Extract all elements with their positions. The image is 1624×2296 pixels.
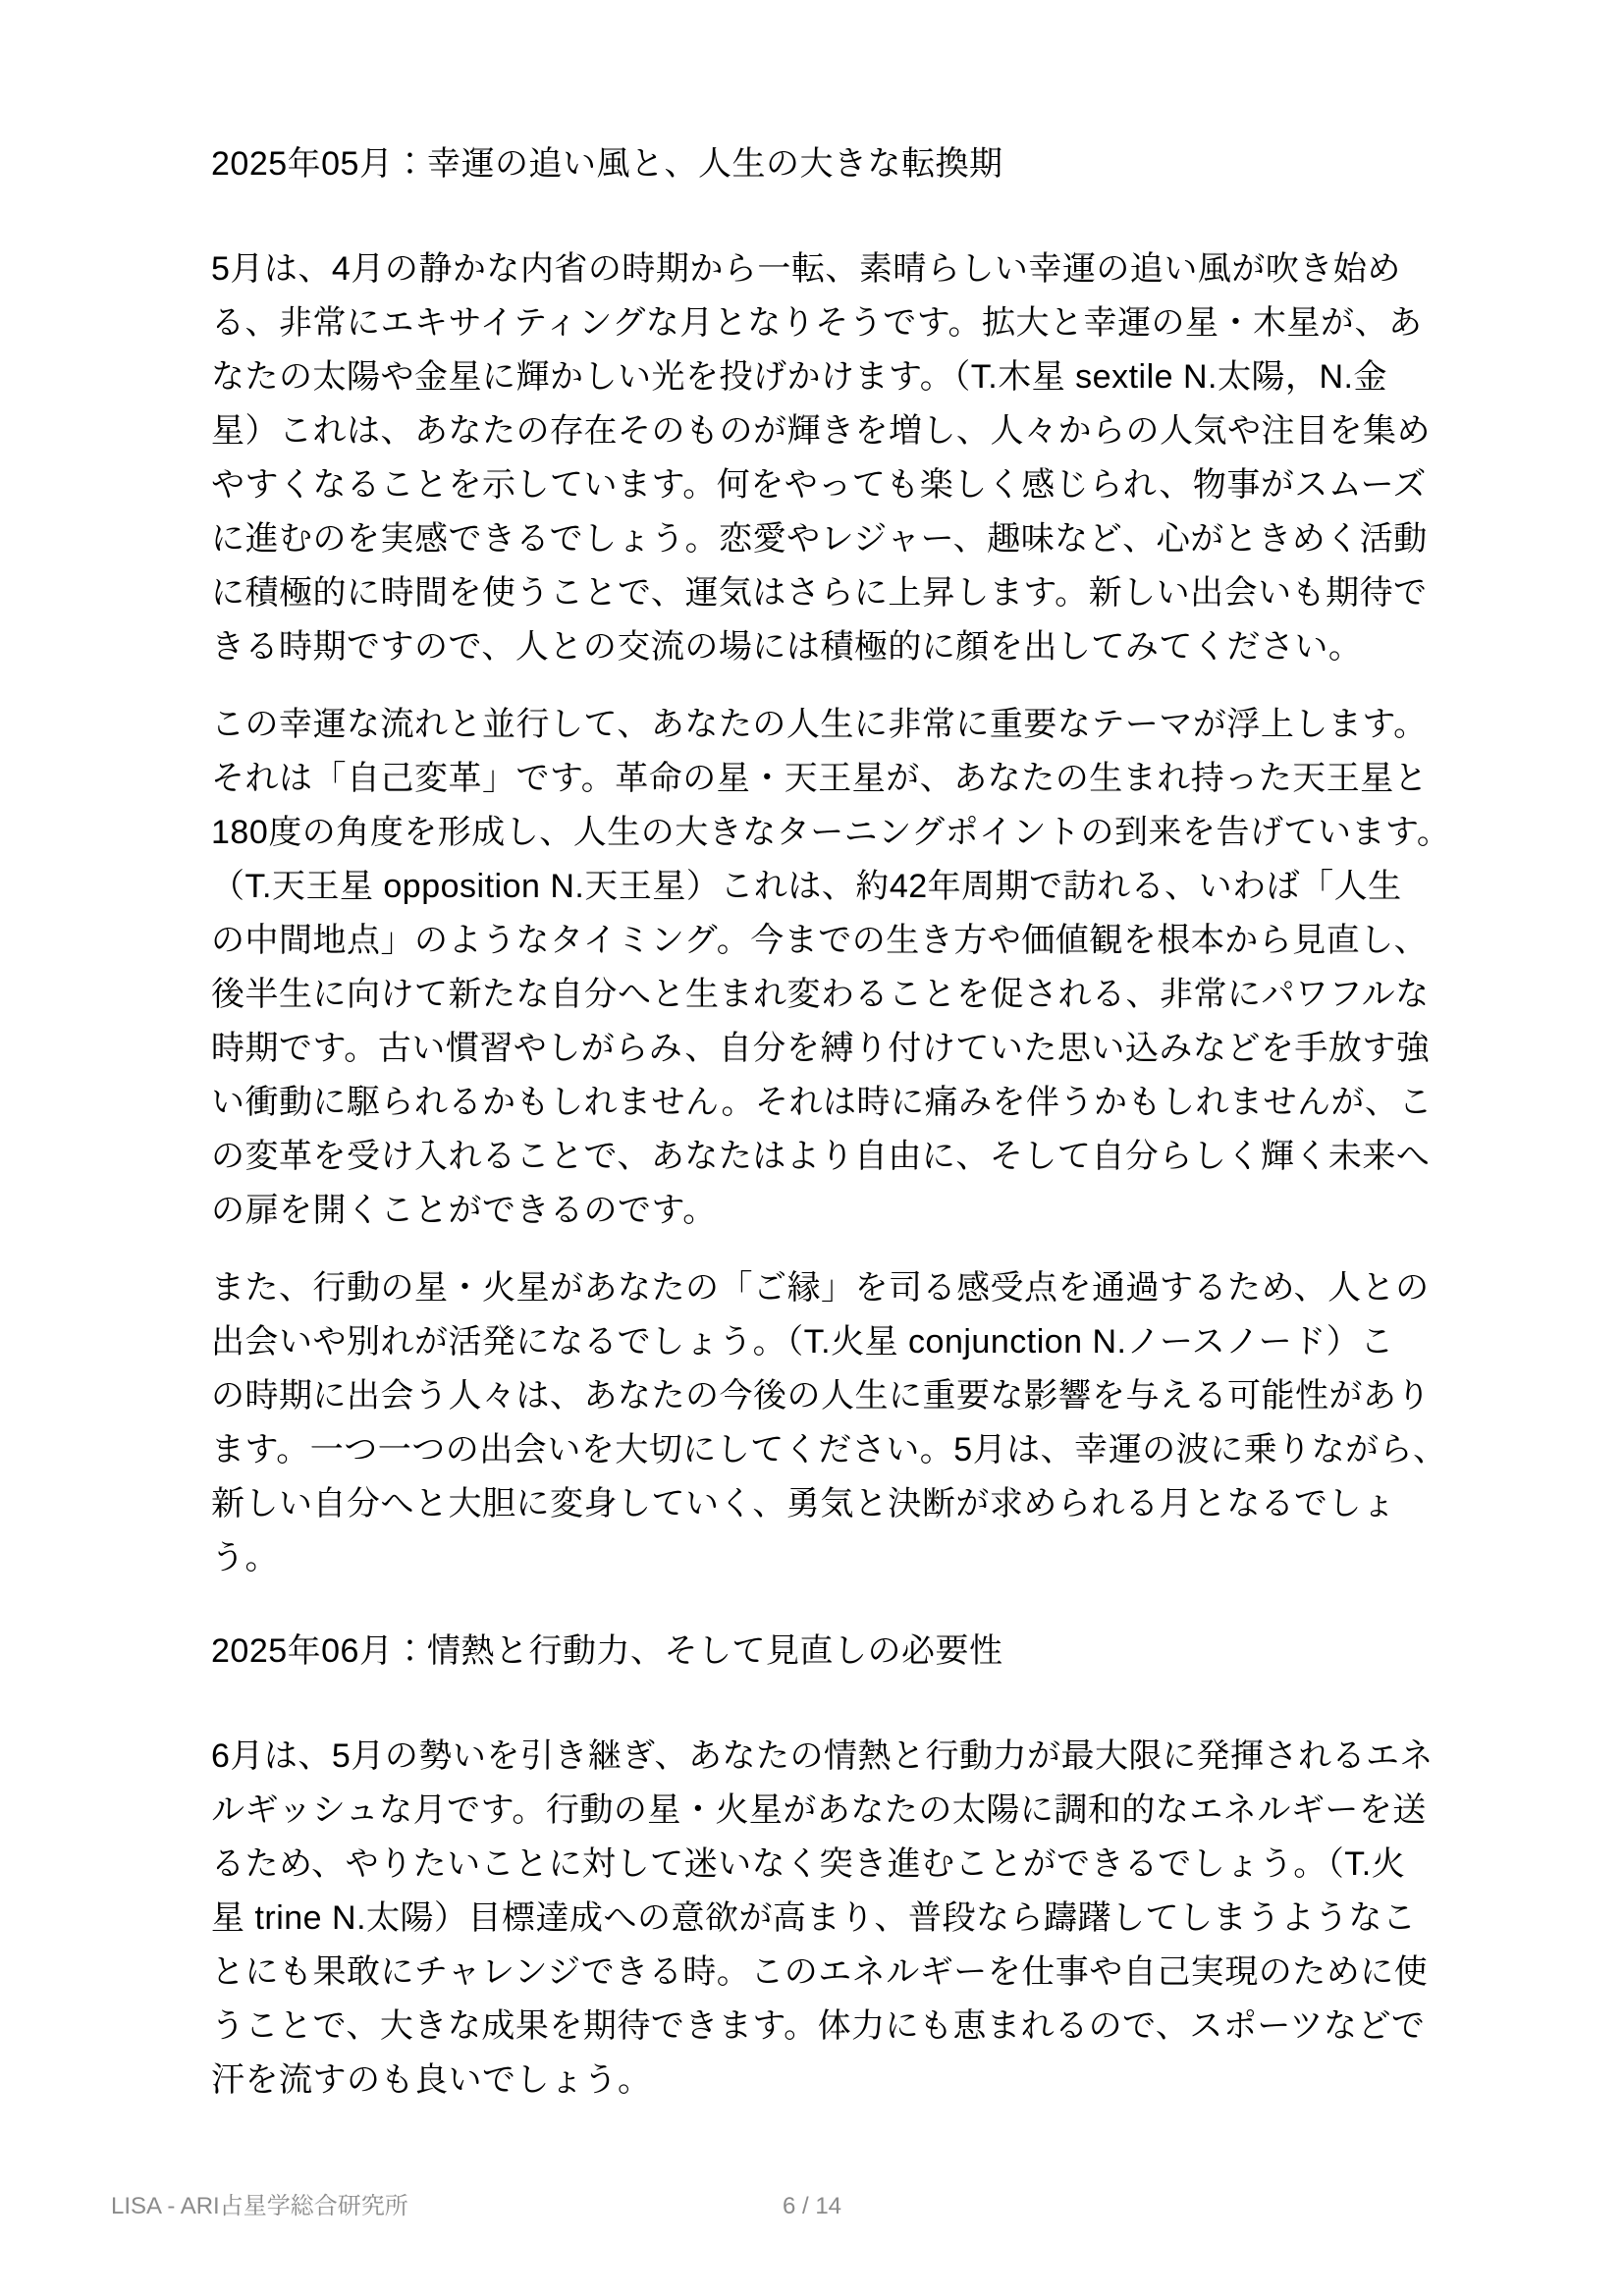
paragraph-may-fortune: 5月は、4月の静かな内省の時期から一転、素晴らしい幸運の追い風が吹き始め る、非…: [211, 242, 1498, 674]
section-heading-may: 2025年05月：幸運の追い風と、人生の大きな転換期: [211, 137, 1498, 191]
paragraph-may-transformation: この幸運な流れと並行して、あなたの人生に非常に重要なテーマが浮上します。 それは…: [211, 698, 1498, 1238]
report-body: 2025年05月：幸運の追い風と、人生の大きな転換期 5月は、4月の静かな内省の…: [0, 0, 1624, 2108]
page-footer: 6 / 14 LISA - ARI占星学総合研究所: [0, 2191, 1624, 2230]
paragraph-may-encounters: また、行動の星・火星があなたの「ご縁」を司る感受点を通過するため、人との 出会い…: [211, 1261, 1498, 1585]
paragraph-june-energy: 6月は、5月の勢いを引き継ぎ、あなたの情熱と行動力が最大限に発揮されるエネ ルギ…: [211, 1730, 1498, 2108]
document-page: 2025年05月：幸運の追い風と、人生の大きな転換期 5月は、4月の静かな内省の…: [0, 0, 1624, 2108]
footer-organization: LISA - ARI占星学総合研究所: [111, 2191, 408, 2222]
section-heading-june: 2025年06月：情熱と行動力、そして見直しの必要性: [211, 1625, 1498, 1679]
